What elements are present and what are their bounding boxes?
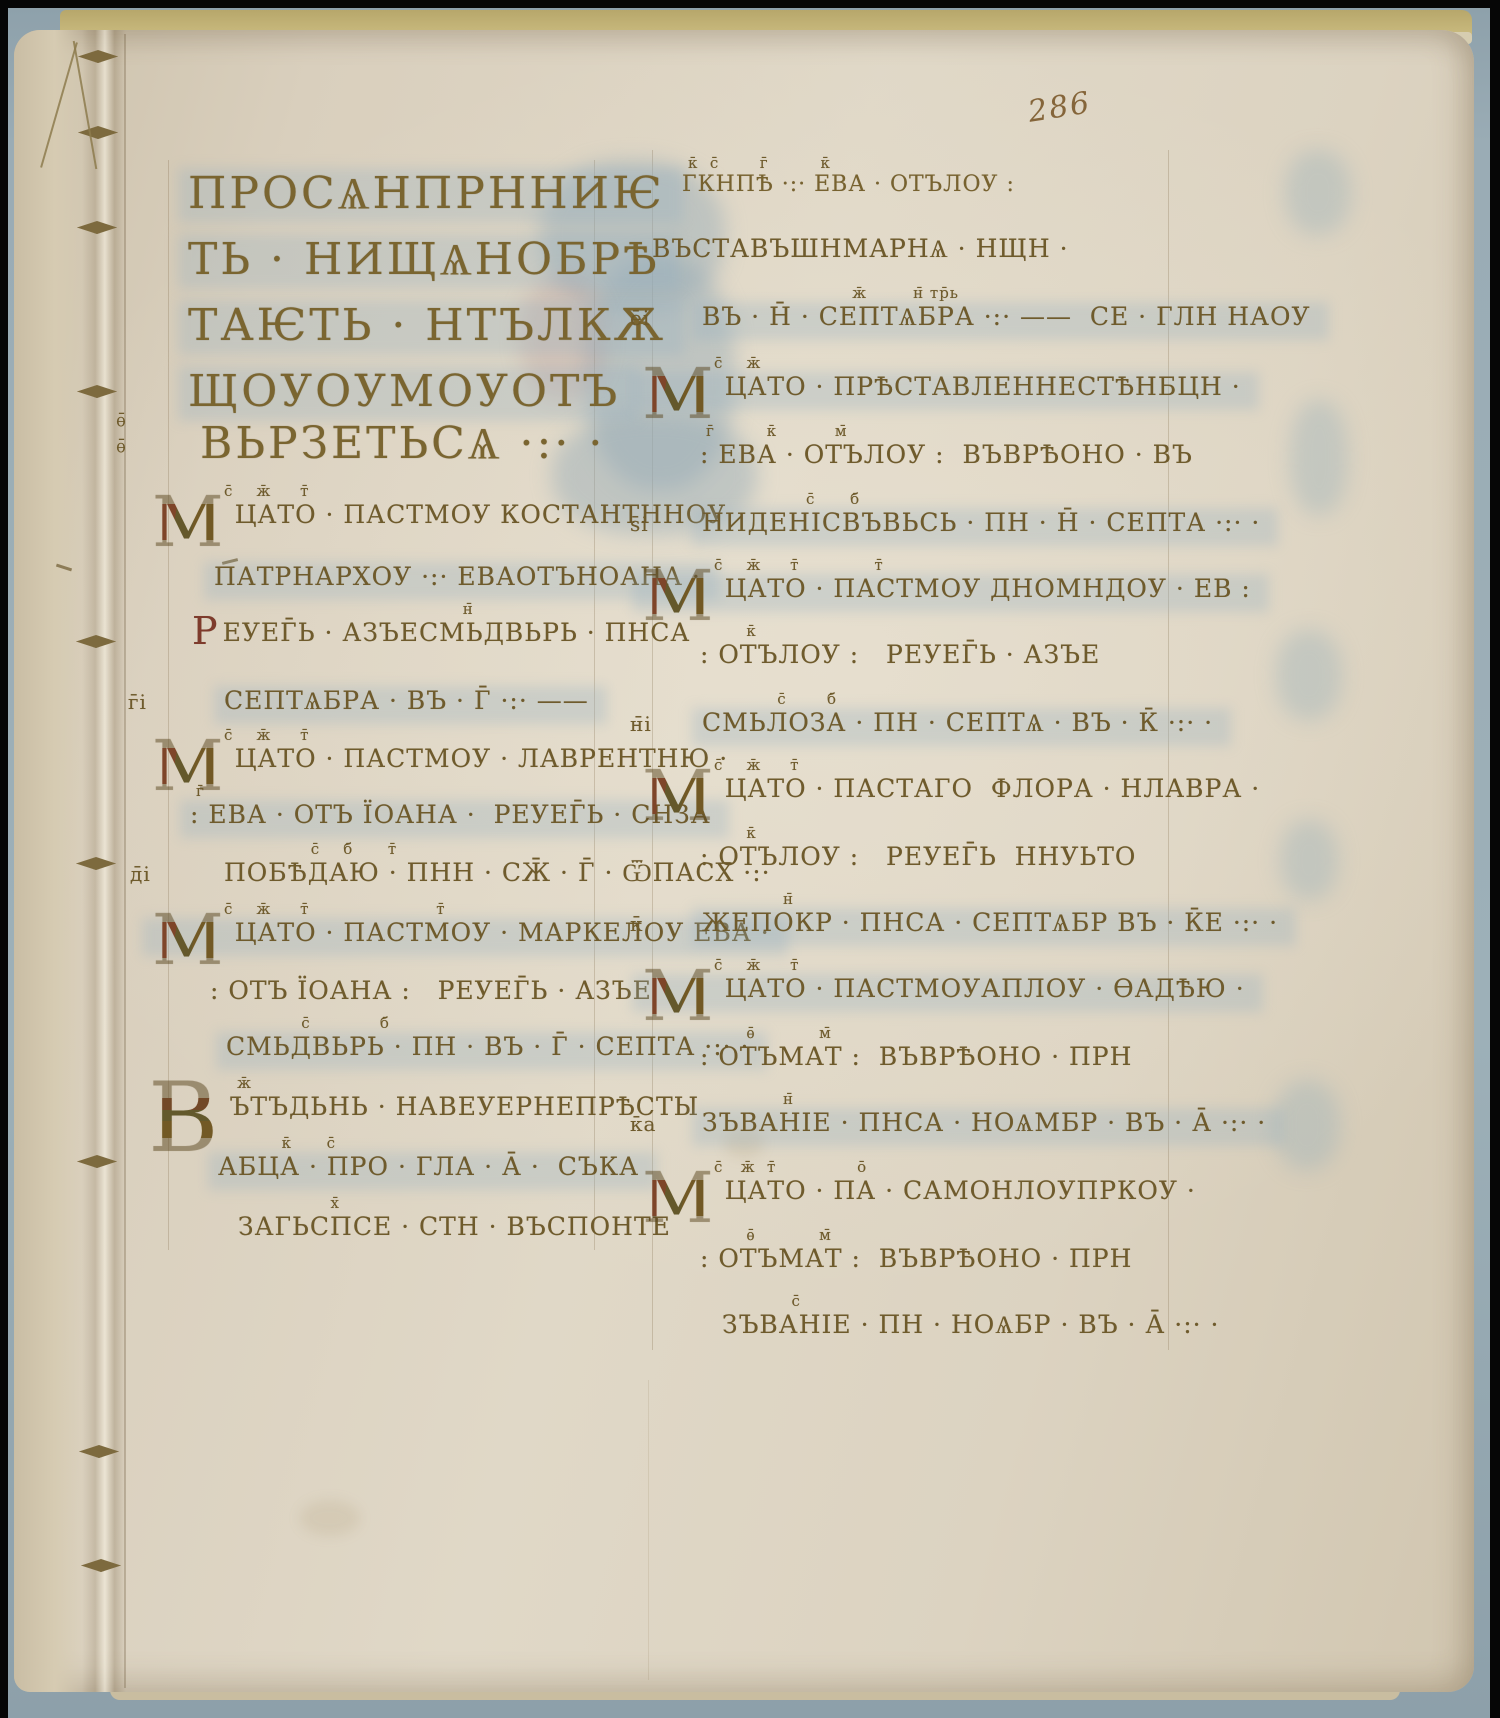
line-text: ВЪ · Н̄ · СЕПТѦБРА ·:· —— СЕ · ГЛН НАОУ (702, 302, 1311, 331)
line-text: : ЕВА · ОТЪЛОУ : ВЪВРѢОНО · ВЪ (700, 440, 1193, 469)
illuminated-initial-m: М (642, 778, 715, 814)
line-text: ВЪСТАВЪШНМАРНѦ · НЩН · (652, 234, 1069, 263)
text-line: с̄ ж̄ т̄ т̄ МЦАТО · ПАСТМОУ ДНОМНДОУ · Е… (642, 574, 1251, 608)
red-initial: Р (192, 618, 219, 645)
gutter-under-page (14, 30, 88, 1692)
illuminated-initial-m: М (152, 922, 225, 958)
text-line: к̄ с̄ г̄ к̄ ГКНПѢ ·:· ЕВА · ОТЪЛОУ : (682, 172, 1015, 206)
illuminated-initial-m: М (642, 978, 715, 1014)
line-text: : ЕВА · ОТЪ ЇОАНА · РЕУЕГ̄Ь · СНЗА (190, 800, 711, 829)
margin-lection-number: н̄і (630, 712, 652, 736)
crease-line (648, 1380, 649, 1680)
text-line: к̄ : ОТЪЛОУ : РЕУЕГ̄Ь ННУЬТО (700, 842, 1136, 876)
superscript-marks: с̄ ж̄ т̄ (714, 756, 799, 774)
bleedthrough-initial (1285, 150, 1351, 235)
line-text: СЕПТѦБРА · ВЪ · Г̄ ·:· —— (224, 686, 589, 715)
superscript-marks: с̄ ж̄ (714, 354, 761, 372)
line-text: ГКНПѢ ·:· ЕВА · ОТЪЛОУ : (682, 172, 1015, 197)
superscript-marks: н̄ (708, 1090, 794, 1108)
binding-fold-line (124, 34, 126, 1688)
text-line: к̄ с̄ АБЦА · ПРО · ГЛА · А̄ · СЪКА (218, 1152, 639, 1186)
superscript-marks: с̄ ж̄ т̄ о̄ (714, 1158, 867, 1176)
bleedthrough-initial (1276, 630, 1342, 720)
superscript-marks: н̄ (708, 890, 794, 908)
superscript-marks: с̄ б̄ (708, 690, 837, 708)
text-line: д̄і с̄ б̄ т̄ ПОБѢДАЮ · ПНН · СЖ̄ · Г̄ · … (224, 858, 771, 892)
text-line: г̄ к̄ м̄ : ЕВА · ОТЪЛОУ : ВЪВРѢОНО · ВЪ (700, 440, 1193, 474)
text-line: н̄ РЕУЕГ̄Ь · АЗЪЕСМЬДВЬРЬ · ПНСА (192, 618, 690, 652)
line-text: ЗАГЬСПСЕ · СТН · ВЪСПОНТЕ (238, 1212, 671, 1241)
text-line: ПАТРНАРХОУ ·:· ЕВАОТЪНОАНА · (214, 562, 701, 596)
line-text: : ОТЪМАТ : ВЪВРѢОНО · ПРН (700, 1042, 1132, 1071)
text-line: ѕ̄і с̄ б̄ НИДЕНІСВЪВЬСЬ · ПН · Н̄ · СЕПТ… (702, 508, 1260, 542)
text-line: к̄ н̄ ЖЕПОКР · ПНСА · СЕПТѦБР ВЪ · К̄Е ·… (702, 908, 1278, 942)
heading-line: ПРОСѦНПРННИѤ (188, 168, 665, 219)
text-line: с̄ ж̄ т̄ т̄ МЦАТО · ПАСТМОУ · МАРКЕЛОУ Е… (152, 918, 770, 952)
heading-line: ТАѤТЬ · НТЪЛКѪ (188, 300, 666, 351)
line-text: НИДЕНІСВЪВЬСЬ · ПН · Н̄ · СЕПТА ·:· · (702, 508, 1260, 537)
text-line: : ОТЪ ЇОАНА : РЕУЕГ̄Ь · АЗЪЕ (210, 976, 652, 1010)
text-line: с̄ ЗЪВАНІЕ · ПН · НОѦБР · ВЪ · А̄ ·:· · (722, 1310, 1220, 1344)
manuscript-scan: 286 ѳ̄ ѳ̄ ПРОСѦНПРННИѤ ТЬ · НИЩѦНОБРѢ ТА… (0, 0, 1500, 1718)
superscript-marks: с̄ ж̄ т̄ т̄ (224, 900, 446, 918)
bleedthrough-initial (1290, 400, 1348, 515)
text-line: с̄ ж̄ т̄ МЦАТО · ПАСТАГО ФЛОРА · НЛАВРА … (642, 774, 1260, 808)
superscript-marks: с̄ б̄ (232, 1014, 390, 1032)
superscript-marks: с̄ ж̄ т̄ (224, 726, 309, 744)
line-text: АБЦА · ПРО · ГЛА · А̄ · СЪКА (218, 1152, 639, 1181)
superscript-marks: к̄ (706, 824, 757, 842)
superscript-marks: к̄ (706, 622, 757, 640)
line-text: : ОТЪЛОУ : РЕУЕГ̄Ь ННУЬТО (700, 842, 1136, 871)
line-text: : ОТЪ ЇОАНА : РЕУЕГ̄Ь · АЗЪЕ (210, 976, 652, 1005)
line-text: ЦАТО · ПАСТМОУ ДНОМНДОУ · ЕВ : (725, 574, 1251, 603)
text-line: г̄ : ЕВА · ОТЪ ЇОАНА · РЕУЕГ̄Ь · СНЗА (190, 800, 711, 834)
text-line: ѳ̄ м̄ : ОТЪМАТ : ВЪВРѢОНО · ПРН (700, 1244, 1132, 1278)
margin-lection-number: ѕ̄і (630, 512, 649, 536)
superscript-marks: ѳ̄ м̄ (706, 1024, 832, 1042)
illuminated-initial-m: М (152, 748, 225, 784)
illuminated-initial-m: М (642, 376, 715, 412)
text-line: ВЪСТАВЪШНМАРНѦ · НЩН · (652, 234, 1069, 268)
superscript-marks: с̄ б̄ (708, 490, 860, 508)
line-text: : ОТЪЛОУ : РЕУЕГ̄Ь · АЗЪЕ (700, 640, 1100, 669)
line-text: ЪТЪДЬНЬ · НАВЕУЕРНЕПРѢСТЫ (230, 1092, 700, 1121)
superscript-marks: г̄ (196, 782, 205, 800)
line-text: ЦАТО · ПАСТМОУАПЛОУ · ѲАДѢЮ · (725, 974, 1245, 1003)
superscript-marks: с̄ ж̄ т̄ (714, 956, 799, 974)
superscript-marks: ѳ̄ м̄ (706, 1226, 832, 1244)
line-text: ЖЕПОКР · ПНСА · СЕПТѦБР ВЪ · К̄Е ·:· · (702, 908, 1278, 937)
text-line: н̄і с̄ б̄ СМЬЛОЗА · ПН · СЕПТѦ · ВЪ · К̄… (702, 708, 1213, 742)
line-text: ЦАТО · ПА · САМОНЛОУПРКОУ · (725, 1176, 1196, 1205)
line-text: ЦАТО · ПРѢСТАВЛЕННЕСТѢНБЦН · (725, 372, 1241, 401)
illuminated-initial-m: М (152, 504, 225, 540)
superscript-marks: с̄ (728, 1292, 801, 1310)
superscript-marks: с̄ ж̄ т̄ т̄ (714, 556, 884, 574)
superscript-marks: ж̄ н̄ тр̄ь (708, 284, 959, 302)
superscript-marks: к̄ с̄ г̄ к̄ (688, 154, 831, 172)
line-text: ЗЪВАНІЕ · ПНСА · НОѦМБР · ВЪ · А̄ ·:· · (702, 1108, 1266, 1137)
marginal-mark: ѳ̄ ѳ̄ (116, 408, 126, 460)
text-line: с̄ б̄ СМЬДВЬРЬ · ПН · ВЪ · Г̄ · СЕПТА ·:… (226, 1032, 749, 1066)
text-line: ѳ̄ м̄ : ОТЪМАТ : ВЪВРѢОНО · ПРН (700, 1042, 1132, 1076)
line-text: ЕУЕГ̄Ь · АЗЪЕСМЬДВЬРЬ · ПНСА (223, 618, 691, 647)
text-line: с̄ ж̄ т̄ о̄ МЦАТО · ПА · САМОНЛОУПРКОУ · (642, 1176, 1196, 1210)
line-text: СМЬЛОЗА · ПН · СЕПТѦ · ВЪ · К̄ ·:· · (702, 708, 1213, 737)
text-line: е̄і ж̄ н̄ тр̄ь ВЪ · Н̄ · СЕПТѦБРА ·:· ——… (702, 302, 1311, 336)
text-line: с̄ ж̄ МЦАТО · ПРѢСТАВЛЕННЕСТѢНБЦН · (642, 372, 1241, 406)
text-line: к̄а н̄ ЗЪВАНІЕ · ПНСА · НОѦМБР · ВЪ · А̄… (702, 1108, 1266, 1142)
illuminated-initial-m: М (642, 1180, 715, 1216)
superscript-marks: ж̄ (214, 1074, 252, 1092)
margin-lection-number: к̄ (630, 912, 644, 936)
line-text: ПАТРНАРХОУ ·:· ЕВАОТЪНОАНА · (214, 562, 701, 591)
line-text: ПОБѢДАЮ · ПНН · СЖ̄ · Г̄ · ѾПАСХ̄ ·:· (224, 858, 771, 887)
line-text: ЦАТО · ПАСТМОУ · МАРКЕЛОУ ЕВА · (235, 918, 770, 947)
margin-lection-number: г̄і (128, 690, 147, 714)
heading-line: ТЬ · НИЩѦНОБРѢ (188, 234, 660, 285)
margin-lection-number: к̄а (630, 1112, 656, 1136)
margin-lection-number: д̄і (130, 862, 151, 886)
text-line: г̄і СЕПТѦБРА · ВЪ · Г̄ ·:· —— (224, 686, 589, 720)
margin-lection-number: е̄і (630, 306, 650, 330)
superscript-marks: с̄ б̄ т̄ (230, 840, 397, 858)
line-text: ЦАТО · ПАСТАГО ФЛОРА · НЛАВРА · (725, 774, 1260, 803)
text-line: х̄ ЗАГЬСПСЕ · СТН · ВЪСПОНТЕ (238, 1212, 671, 1246)
illuminated-initial-m: М (642, 578, 715, 614)
superscript-marks: с̄ ж̄ т̄ (224, 482, 309, 500)
text-line: ж̄ ВЪТЪДЬНЬ · НАВЕУЕРНЕПРѢСТЫ (148, 1092, 699, 1126)
illuminated-initial-v: В (148, 1098, 220, 1138)
line-text: ЦАТО · ПАСТМОУ КОСТАНТННОУ (235, 500, 727, 529)
superscript-marks: г̄ к̄ м̄ (706, 422, 848, 440)
line-text: ЗЪВАНІЕ · ПН · НОѦБР · ВЪ · А̄ ·:· · (722, 1310, 1220, 1339)
text-line: к̄ : ОТЪЛОУ : РЕУЕГ̄Ь · АЗЪЕ (700, 640, 1100, 674)
superscript-marks: х̄ (244, 1194, 340, 1212)
heading-line: ЩОУОУМОУОТЪ (188, 366, 620, 417)
bleedthrough-initial (1280, 820, 1338, 900)
line-text: : ОТЪМАТ : ВЪВРѢОНО · ПРН (700, 1244, 1132, 1273)
stain (300, 1500, 360, 1536)
text-line: с̄ ж̄ т̄ МЦАТО · ПАСТМОУАПЛОУ · ѲАДѢЮ · (642, 974, 1245, 1008)
superscript-marks: н̄ (232, 600, 474, 618)
superscript-marks: к̄ с̄ (224, 1134, 336, 1152)
heading-line: ВЬРЗЕТЬСѦ ·:· · (200, 418, 605, 469)
